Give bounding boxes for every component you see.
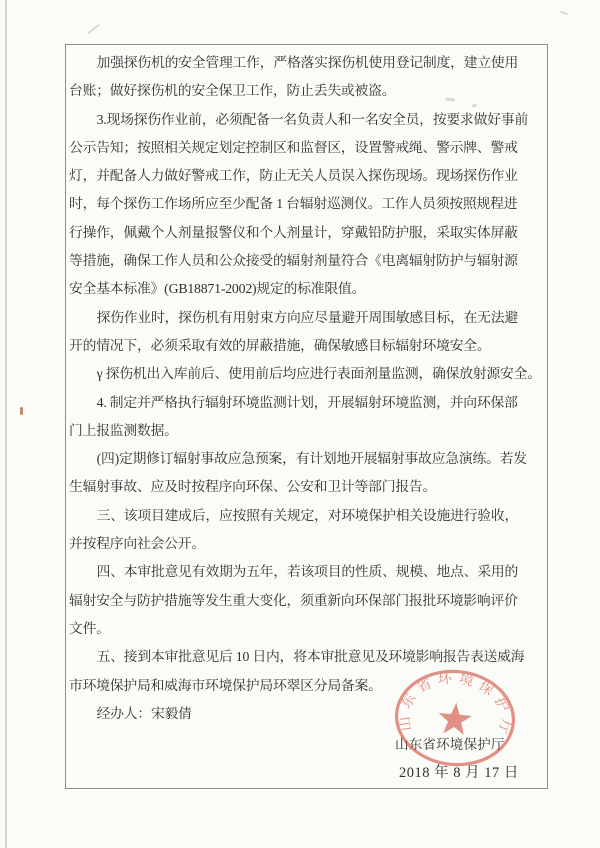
ink-speck xyxy=(20,407,23,415)
scanned-approval-document: 加强探伤机的安全管理工作，严格落实探伤机使用登记制度，建立使用 台账；做好探伤机… xyxy=(0,0,600,848)
scan-smudge xyxy=(560,11,568,16)
body-paragraph: γ 探伤机出入库前后、使用前后均应进行表面剂量监测，确保放射源安全。 xyxy=(69,360,545,388)
scan-edge-artifact xyxy=(5,0,7,848)
scan-smudge xyxy=(87,24,100,35)
body-paragraph: 4. 制定并严格执行辐射环境监测计划，开展辐射环境监测，并向环保部 门上报监测数… xyxy=(69,389,545,446)
body-paragraph: (四)定期修订辐射事故应急预案，有计划地开展辐射事故应急演练。若发 生辐射事故、… xyxy=(69,445,545,502)
seal-star xyxy=(437,701,473,735)
body-paragraph: 探伤作业时，探伤机有用射束方向应尽量避开周围敏感目标，在无法避 开的情况下，必须… xyxy=(69,304,545,361)
body-paragraph: 三、该项目建成后，应按照有关规定，对环境保护相关设施进行验收， 并按程序向社会公… xyxy=(69,502,545,559)
body-paragraph: 四、本审批意见有效期为五年，若该项目的性质、规模、地点、采用的 辐射安全与防护措… xyxy=(69,558,545,643)
body-paragraph: 3.现场探伤作业前，必须配备一名负责人和一名安全员，按要求做好事前 公示告知；按… xyxy=(69,106,545,304)
official-seal: 山东省环境保护厅 xyxy=(389,663,523,775)
body-paragraph: 加强探伤机的安全管理工作，严格落实探伤机使用登记制度，建立使用 台账；做好探伤机… xyxy=(69,49,545,106)
